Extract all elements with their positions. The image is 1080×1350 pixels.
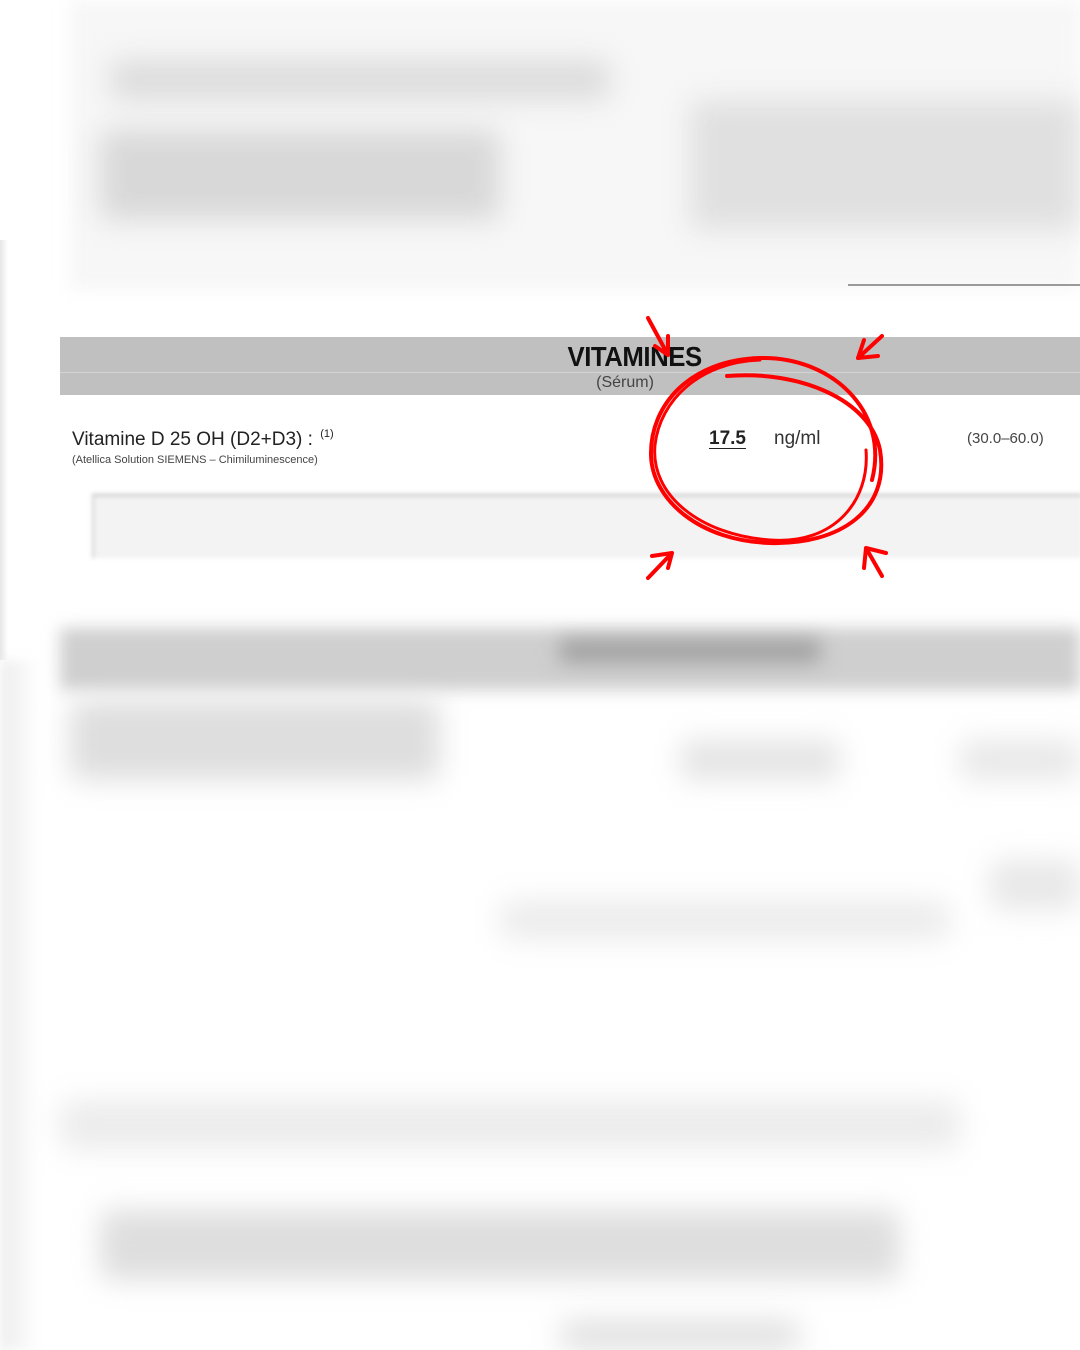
blurred-text-line [500,900,950,940]
test-method: (Atellica Solution SIEMENS – Chimilumine… [72,454,318,466]
blurred-section-title [560,640,820,662]
comment-box [92,494,1080,558]
blurred-text-line [990,860,1080,910]
test-name-text: Vitamine D 25 OH (D2+D3) : [72,429,313,450]
reference-range: (30.0–60.0) [967,430,1044,447]
blurred-text-block [100,130,500,220]
test-name: Vitamine D 25 OH (D2+D3) : (1) [72,428,334,451]
section-subtitle: (Sérum) [60,374,1080,392]
blurred-text-line [680,740,840,780]
blurred-text-line [60,1100,960,1150]
section-title: VITAMINES [115,337,1053,373]
result-value: 17.5 [709,428,746,450]
blurred-text-block [100,1210,900,1280]
blurred-text-block [690,100,1080,230]
page-edge [0,660,40,1350]
footnote-marker: (1) [320,428,333,440]
blurred-text-line [110,60,610,100]
divider-line [848,284,1080,286]
blurred-text-block [70,700,440,780]
result-unit: ng/ml [774,428,820,450]
blurred-text-line [560,1320,800,1350]
blurred-text-line [960,740,1080,780]
page-edge [0,240,8,660]
section-header: VITAMINES (Sérum) [60,337,1080,395]
